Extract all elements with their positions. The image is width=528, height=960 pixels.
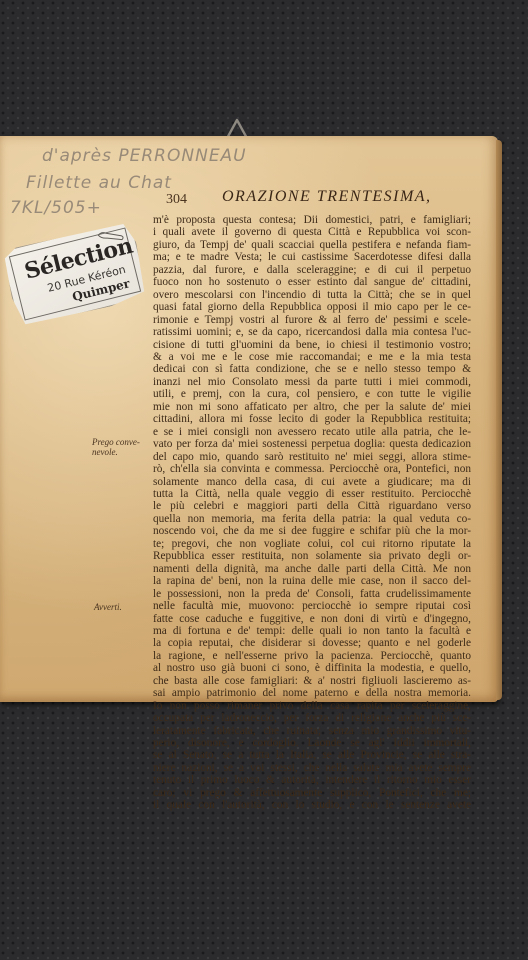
text-line: se al Senato, se a tutta la Italia, se a… [153, 749, 471, 761]
text-line: ratissimi uomini; e, se da capo, ricerca… [153, 326, 471, 338]
text-line: il quale con l'autorità, con lo studio, … [153, 799, 471, 811]
text-line: vato per forza da' miei sostenessi perpe… [153, 438, 471, 450]
text-line: caro; vi prego & affettuosamente supplic… [153, 787, 471, 799]
text-line: le più celebri e maggiori parti della Ci… [153, 500, 471, 512]
text-line: mie non mi sono affaticato per altro, ch… [153, 401, 471, 413]
handwritten-note-reference: 7KL/505+ [10, 198, 102, 218]
text-line: perio, disonore, e cordoglio. Laonde se … [153, 737, 471, 749]
handwritten-note-artist: d'après PERRONNEAU [42, 146, 247, 166]
text-line: ma di fortuna e de' tempi: delle quali i… [153, 625, 471, 637]
text-line: quasi fatal giorno della Repubblica oppo… [153, 301, 471, 313]
text-line: tenuto il primo luoco & autorità, intend… [153, 774, 471, 786]
text-line: Repubblica esser restituita, non solamen… [153, 550, 471, 562]
text-line: la ragione, e nell'esserne privo la paci… [153, 650, 471, 662]
text-line: rò, ch'ella sia convinta e commessa. Per… [153, 463, 471, 475]
margin-note-text: Prego conve- nevole. [92, 437, 140, 457]
text-line: solamente manco della casa, di cui avete… [153, 476, 471, 488]
handwritten-note-title: Fillette au Chat [26, 173, 172, 193]
text-line: e se i miei consigli non avessero recato… [153, 426, 471, 438]
running-head: ORAZIONE TRENTESIMA, [222, 188, 432, 206]
text-line: del capo mio, quando sarò restituito ne'… [153, 451, 471, 463]
text-line: leratamente fabricata, che ruinata; senz… [153, 725, 471, 737]
text-line: fatte cose caduche e fuggitive, e non do… [153, 613, 471, 625]
text-line: noscendo voi, che da me si dee fuggire e… [153, 525, 471, 537]
text-line: i quali avete il governo di questa Città… [153, 226, 471, 238]
text-line: overo mescolarsi con l'incendio di tutta… [153, 289, 471, 301]
text-line: inanzi nel mio Consolato messi da parte … [153, 376, 471, 388]
text-line: sai ampio patrimonio del nome paterno e … [153, 687, 471, 699]
text-line: utili, e premj, con la cura, col pensier… [153, 388, 471, 400]
page-number: 304 [166, 192, 187, 208]
text-line: quella non memoria, ma ferita della patr… [153, 513, 471, 525]
text-line: la rapina de' beni, non la ruina delle m… [153, 575, 471, 587]
margin-note-text: Avverti. [94, 602, 122, 612]
text-line: rimonie e Tempj vostri al furore & al fe… [153, 314, 471, 326]
book-page: d'après PERRONNEAU Fillette au Chat 7KL/… [0, 136, 498, 702]
body-text: m'è proposta questa contesa; Dii domesti… [153, 214, 471, 812]
margin-note-avverti: Avverti. [94, 602, 122, 612]
text-line: ma; e te madre Vesta; le cui castissime … [153, 251, 471, 263]
text-line: cittadini, allora mi fosse lecito di god… [153, 413, 471, 425]
text-line: & a voi me e le cose mie raccomandai; e … [153, 351, 471, 363]
text-line: niere nazioni, se a voi stessi, che nell… [153, 762, 471, 774]
text-line: giuro, da Tempj de' quali scacciai quell… [153, 239, 471, 251]
text-line: la copia reputai, che disiderar si doves… [153, 637, 471, 649]
text-line: Io non posso rimaner privo della casa ra… [153, 700, 471, 712]
text-line: fuoco non ho sostenuto o esser estinto d… [153, 276, 471, 288]
text-line: nelle facultà mie, muovono: perciocchè i… [153, 600, 471, 612]
text-line: pazzia, dal furore, e dalla sceleraggine… [153, 264, 471, 276]
text-line: occupata per ladroneccio, per forza di r… [153, 712, 471, 724]
text-line: m'è proposta questa contesa; Dii domesti… [153, 214, 471, 226]
text-line: te; pregovi, che non vogliate colui, col… [153, 538, 471, 550]
text-line: tutta la Città, nella quale veggio di es… [153, 488, 471, 500]
text-line: che basta alle cose famigliari: & a' nos… [153, 675, 471, 687]
text-line: al nostro uso già buoni ci sono, è diffi… [153, 662, 471, 674]
shop-label-sticker: Sélection 20 Rue Kéréon Quimper [0, 219, 149, 329]
page-edge [496, 140, 502, 700]
text-line: cisione di tutti gl'uomini da bene, io c… [153, 339, 471, 351]
margin-note-prego: Prego conve- nevole. [92, 437, 140, 457]
text-line: le possessioni, non la preda de' Consoli… [153, 588, 471, 600]
text-line: dedicai con sì fatta condizione, che se … [153, 363, 471, 375]
text-line: namenti della dignità, ma anche dalle pa… [153, 563, 471, 575]
